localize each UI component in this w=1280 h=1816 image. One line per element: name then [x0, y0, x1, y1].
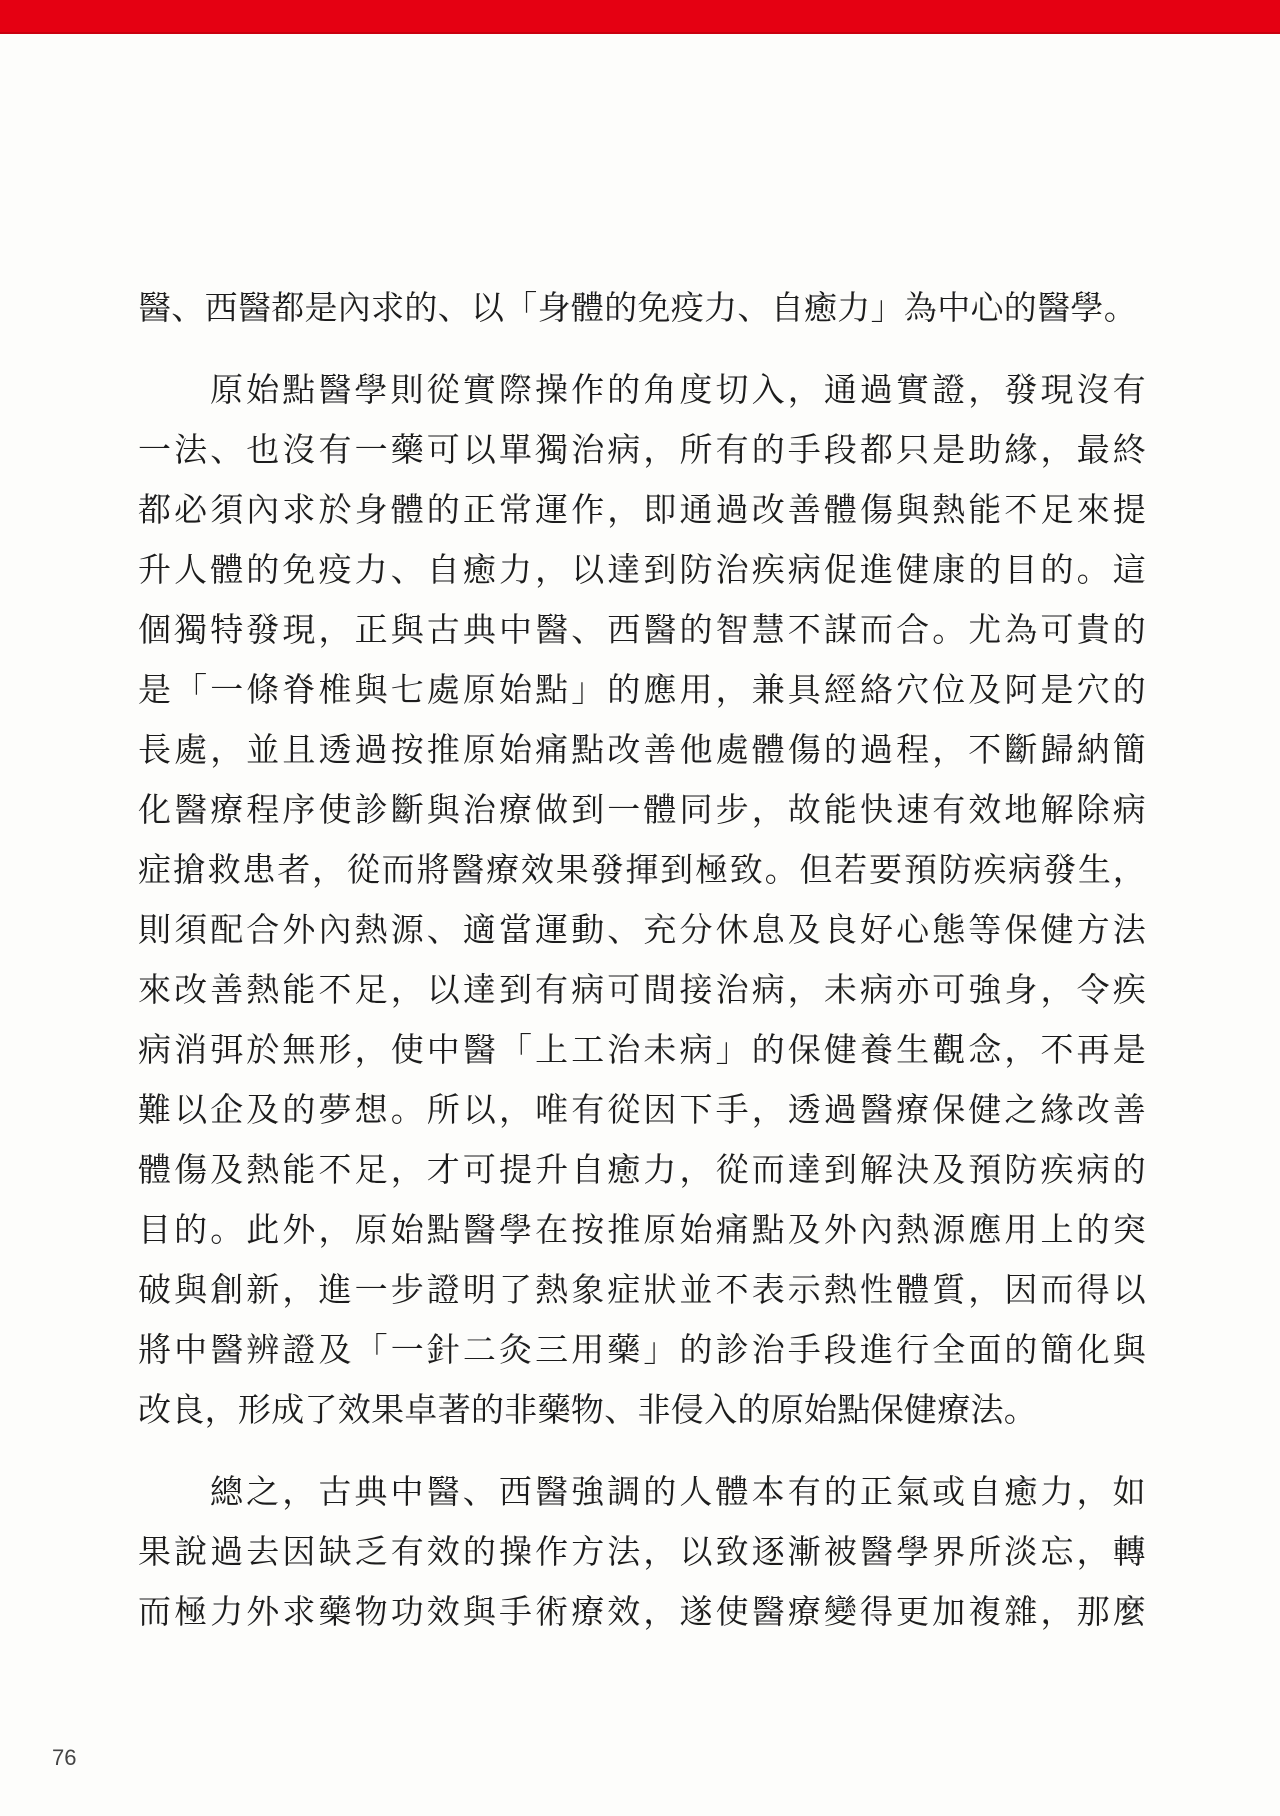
text-line: 症搶救患者，從而將醫療效果發揮到極致。但若要預防疾病發生， [138, 840, 1146, 900]
text-line: 是「一條脊椎與七處原始點」的應用，兼具經絡穴位及阿是穴的 [138, 660, 1146, 720]
text-line: 都必須內求於身體的正常運作，即通過改善體傷與熱能不足來提 [138, 480, 1146, 540]
top-color-band [0, 0, 1280, 34]
text-line: 果說過去因缺乏有效的操作方法，以致逐漸被醫學界所淡忘，轉 [138, 1522, 1146, 1582]
text-line: 個獨特發現，正與古典中醫、西醫的智慧不謀而合。尤為可貴的 [138, 600, 1146, 660]
text-line: 而極力外求藥物功效與手術療效，遂使醫療變得更加複雜，那麼 [138, 1582, 1146, 1642]
text-line: 來改善熱能不足，以達到有病可間接治病，未病亦可強身，令疾 [138, 960, 1146, 1020]
text-line: 病消弭於無形，使中醫「上工治未病」的保健養生觀念，不再是 [138, 1020, 1146, 1080]
paragraph-3: 總之，古典中醫、西醫強調的人體本有的正氣或自癒力，如 果說過去因缺乏有效的操作方… [138, 1462, 1146, 1642]
text-line: 目的。此外，原始點醫學在按推原始痛點及外內熱源應用上的突 [138, 1200, 1146, 1260]
paragraph-1-continued: 醫、西醫都是內求的、以「身體的免疫力、自癒力」為中心的醫學。 [138, 278, 1146, 338]
text-line: 升人體的免疫力、自癒力，以達到防治疾病促進健康的目的。這 [138, 540, 1146, 600]
text-line: 化醫療程序使診斷與治療做到一體同步，故能快速有效地解除病 [138, 780, 1146, 840]
text-line: 難以企及的夢想。所以，唯有從因下手，透過醫療保健之緣改善 [138, 1080, 1146, 1140]
text-line: 長處，並且透過按推原始痛點改善他處體傷的過程，不斷歸納簡 [138, 720, 1146, 780]
text-line: 體傷及熱能不足，才可提升自癒力，從而達到解決及預防疾病的 [138, 1140, 1146, 1200]
text-line: 醫、西醫都是內求的、以「身體的免疫力、自癒力」為中心的醫學。 [138, 278, 1146, 338]
text-line: 總之，古典中醫、西醫強調的人體本有的正氣或自癒力，如 [138, 1462, 1146, 1522]
text-line: 破與創新，進一步證明了熱象症狀並不表示熱性體質，因而得以 [138, 1260, 1146, 1320]
text-line: 改良，形成了效果卓著的非藥物、非侵入的原始點保健療法。 [138, 1380, 1146, 1440]
paragraph-2: 原始點醫學則從實際操作的角度切入，通過實證，發現沒有 一法、也沒有一藥可以單獨治… [138, 360, 1146, 1440]
page-number: 76 [52, 1745, 76, 1771]
text-line: 原始點醫學則從實際操作的角度切入，通過實證，發現沒有 [138, 360, 1146, 420]
text-line: 則須配合外內熱源、適當運動、充分休息及良好心態等保健方法 [138, 900, 1146, 960]
text-line: 將中醫辨證及「一針二灸三用藥」的診治手段進行全面的簡化與 [138, 1320, 1146, 1380]
body-text: 醫、西醫都是內求的、以「身體的免疫力、自癒力」為中心的醫學。 原始點醫學則從實際… [138, 278, 1146, 1642]
text-line: 一法、也沒有一藥可以單獨治病，所有的手段都只是助緣，最終 [138, 420, 1146, 480]
